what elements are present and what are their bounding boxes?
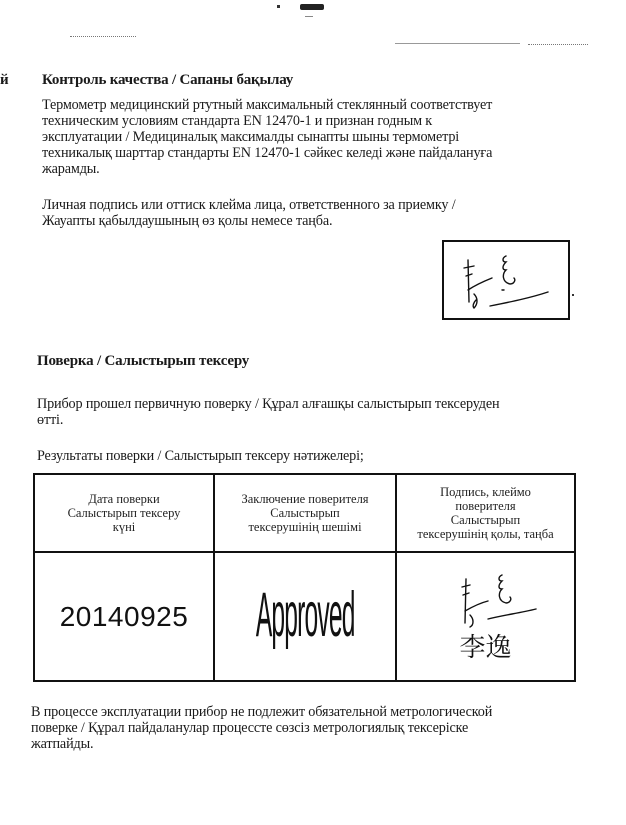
text-line: Термометр медицинский ртутный максимальн…: [42, 97, 612, 113]
quality-control-paragraph: Термометр медицинский ртутный максимальн…: [42, 97, 612, 177]
text-line: Личная подпись или оттиск клейма лица, о…: [42, 197, 612, 213]
table-header-row: Дата поверки Салыстырып тексеру күні Зак…: [34, 474, 575, 552]
verifier-name: 李逸: [397, 627, 574, 664]
signature-icon: [426, 569, 546, 631]
scan-artifact: [572, 294, 574, 296]
footer-note: В процессе эксплуатации прибор не подлеж…: [31, 704, 616, 752]
verification-heading: Поверка / Салыстырып тексеру: [37, 353, 249, 370]
signature-label: Личная подпись или оттиск клейма лица, о…: [42, 197, 612, 229]
header-date: Дата поверки Салыстырып тексеру күні: [34, 474, 214, 552]
text-line: поверке / Құрал пайдаланулар процессте с…: [31, 720, 616, 736]
text-line: жарамды.: [42, 161, 612, 177]
header-signature: Подпись, клеймо поверителя Салыстырып те…: [396, 474, 575, 552]
text-line: Жауапты қабылдаушының өз қолы немесе таң…: [42, 213, 612, 229]
scan-artifact: [70, 36, 136, 38]
scan-artifact: [305, 16, 313, 17]
quality-control-heading: Контроль качества / Сапаны бақылау: [42, 72, 293, 89]
acceptance-signature-box: [442, 240, 570, 320]
cell-signature: 李逸: [396, 552, 575, 681]
verification-date: 20140925: [60, 601, 189, 632]
text-line: жатпайды.: [31, 736, 616, 752]
header-conclusion: Заключение поверителя Салыстырып тексеру…: [214, 474, 396, 552]
text-line: В процессе эксплуатации прибор не подлеж…: [31, 704, 616, 720]
text-line: техникалық шарттар стандарты EN 12470-1 …: [42, 145, 612, 161]
signature-icon: [444, 242, 568, 318]
scan-artifact: [395, 43, 520, 45]
text-line: эксплуатации / Медициналық максималды сы…: [42, 129, 612, 145]
text-line: өтті.: [37, 412, 607, 428]
approved-stamp: Approved: [256, 581, 355, 652]
verification-paragraph: Прибор прошел первичную поверку / Құрал …: [37, 396, 607, 428]
table-row: 20140925 Approved 李逸: [34, 552, 575, 681]
verification-results-table: Дата поверки Салыстырып тексеру күні Зак…: [33, 473, 576, 682]
cell-date: 20140925: [34, 552, 214, 681]
scan-artifact: [528, 44, 588, 46]
margin-mark: й: [0, 72, 8, 89]
text-line: Прибор прошел первичную поверку / Құрал …: [37, 396, 607, 412]
text-line: техническим условиям стандарта EN 12470-…: [42, 113, 612, 129]
scan-artifact: [277, 5, 280, 8]
results-label: Результаты поверки / Салыстырып тексеру …: [37, 448, 364, 464]
scan-artifact: [300, 4, 324, 10]
cell-conclusion: Approved: [214, 552, 396, 681]
